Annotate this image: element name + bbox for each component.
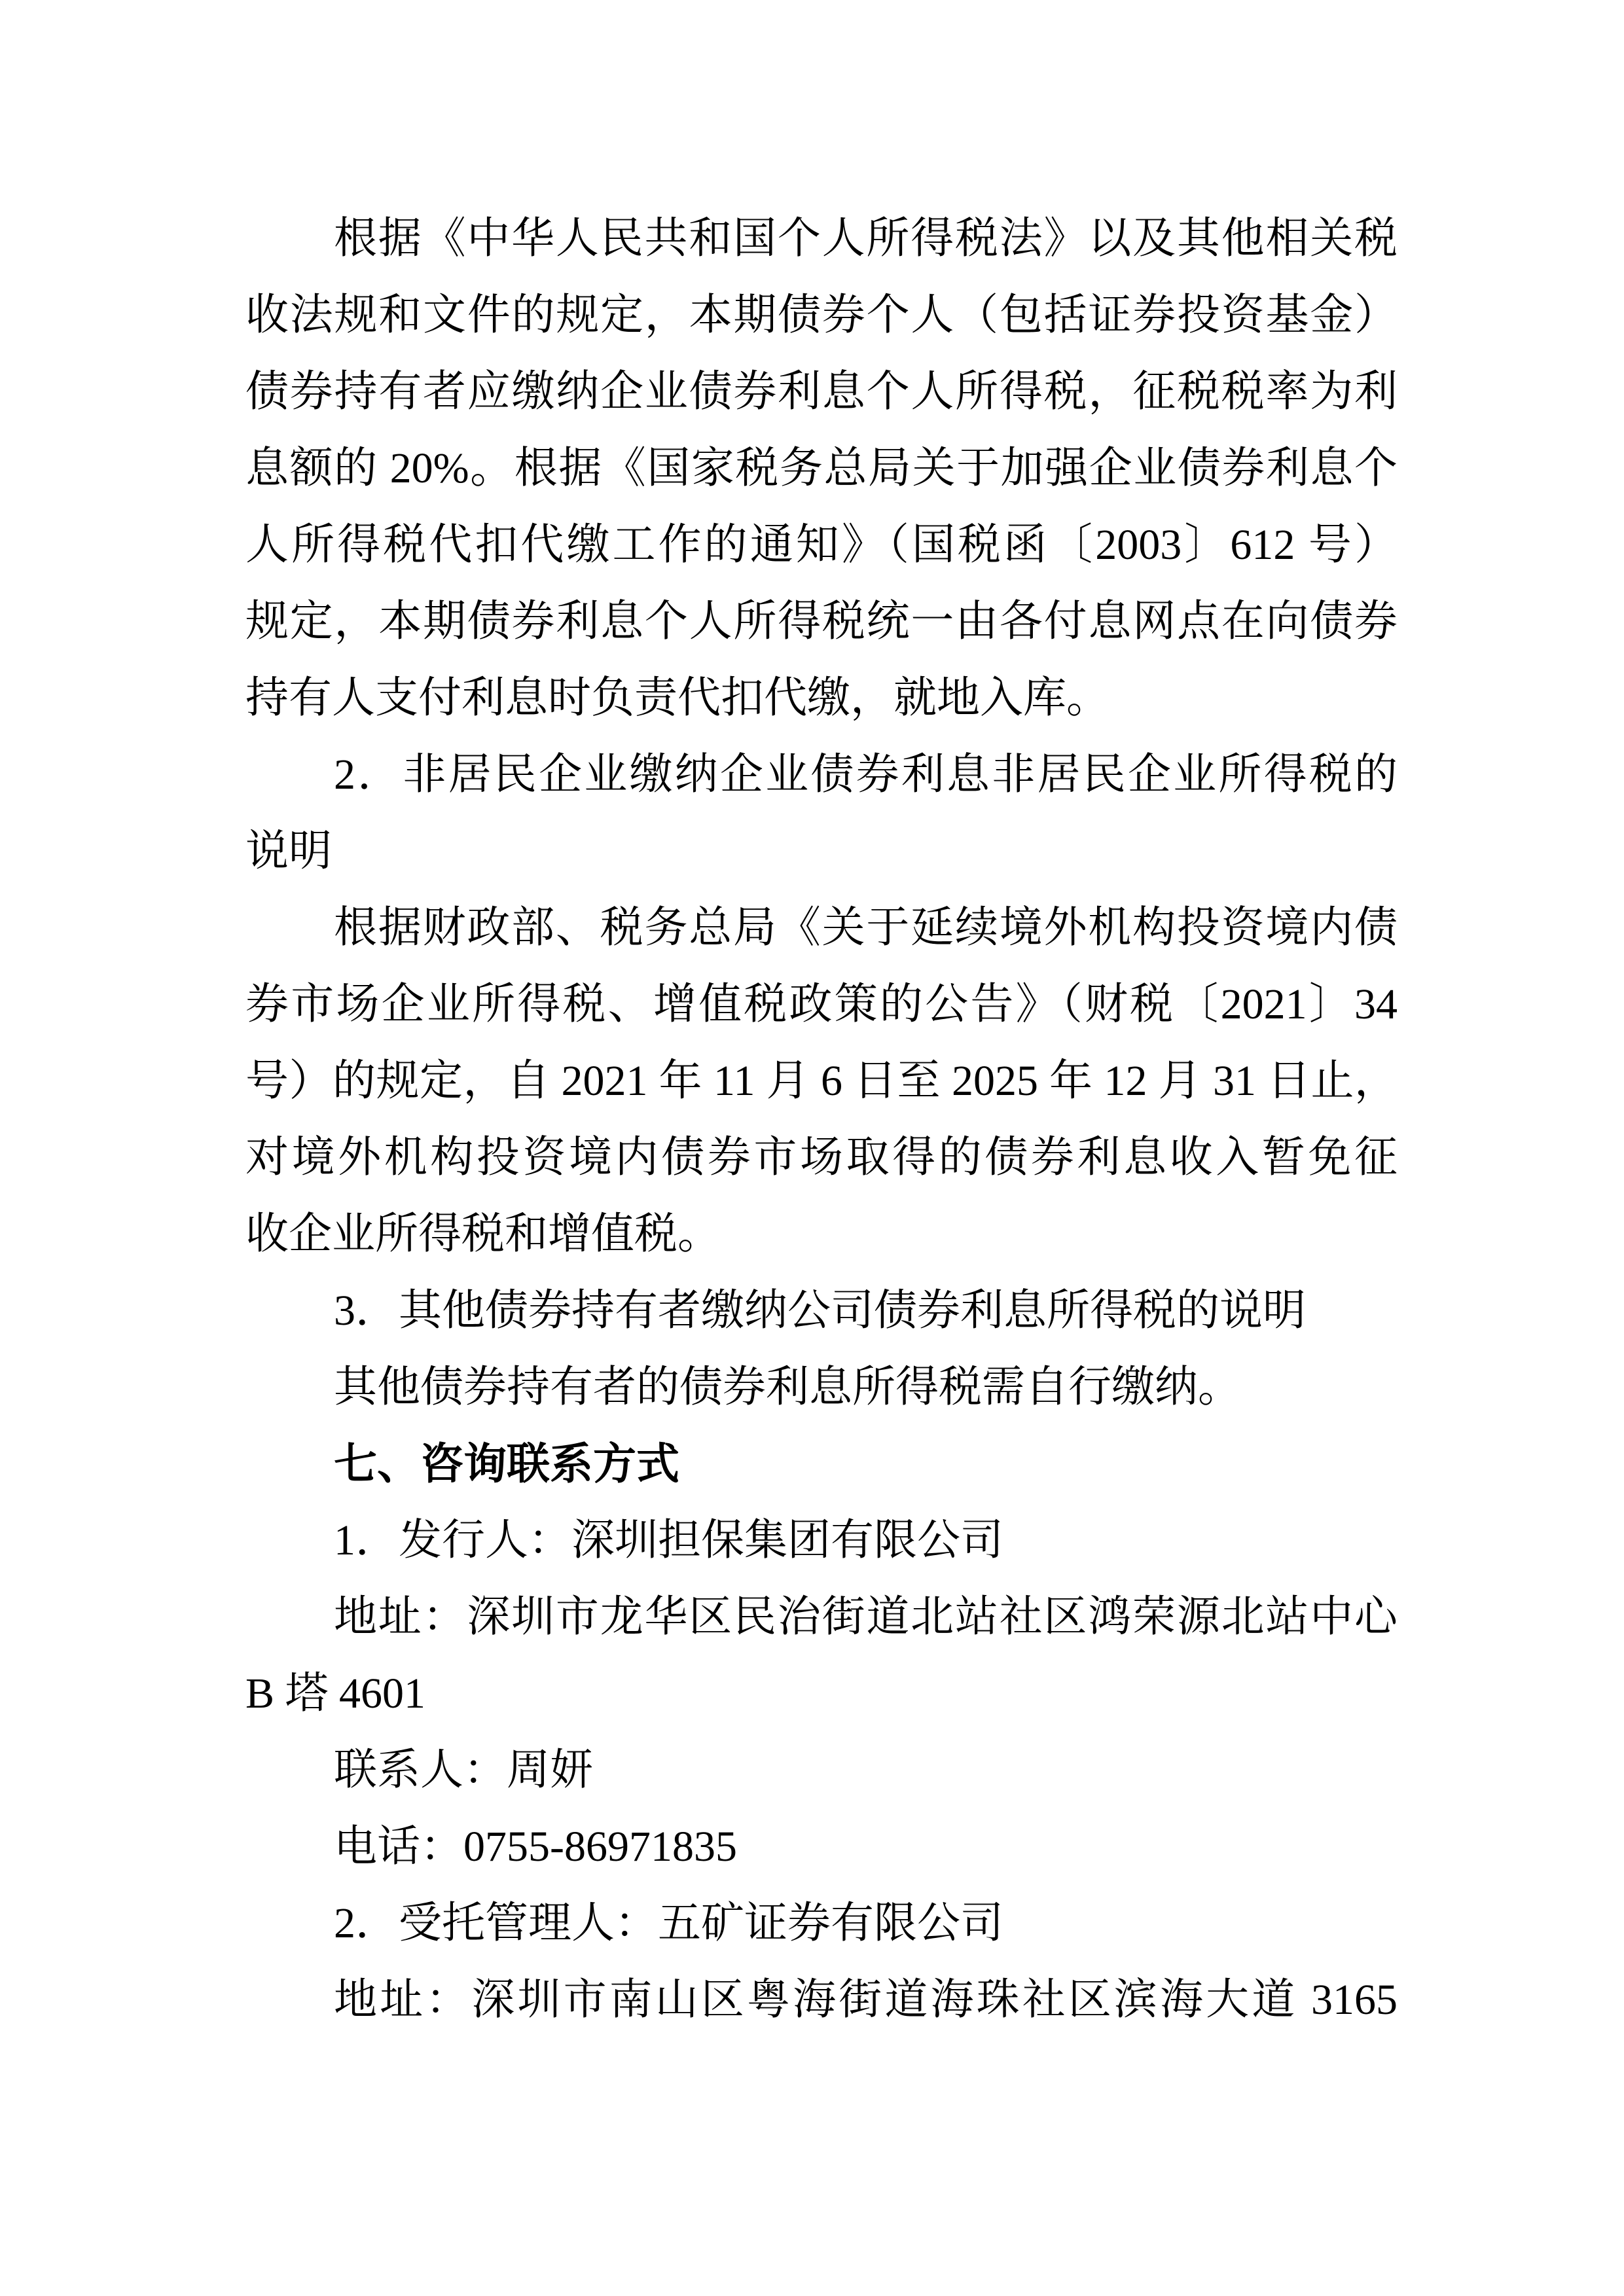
- text-line: B 塔 4601: [245, 1655, 1398, 1732]
- text-line: 3．其他债券持有者缴纳公司债券利息所得税的说明: [245, 1272, 1398, 1349]
- document-text-block: 根据《中华人民共和国个人所得税法》以及其他相关税收法规和文件的规定，本期债券个人…: [245, 200, 1398, 2038]
- text-line: 说明: [245, 813, 1398, 889]
- text-line: 联系人：周妍: [245, 1732, 1398, 1808]
- text-line: 收法规和文件的规定，本期债券个人（包括证券投资基金）: [245, 277, 1398, 353]
- text-line: 规定，本期债券利息个人所得税统一由各付息网点在向债券: [245, 583, 1398, 660]
- text-line: 2．非居民企业缴纳企业债券利息非居民企业所得税的: [245, 736, 1398, 813]
- text-line: 2．受托管理人：五矿证券有限公司: [245, 1885, 1398, 1962]
- text-line: 号）的规定，自 2021 年 11 月 6 日至 2025 年 12 月 31 …: [245, 1043, 1398, 1119]
- text-line: 根据《中华人民共和国个人所得税法》以及其他相关税: [245, 200, 1398, 277]
- text-line: 人所得税代扣代缴工作的通知》（国税函〔2003〕612 号）: [245, 507, 1398, 583]
- document-page: 根据《中华人民共和国个人所得税法》以及其他相关税收法规和文件的规定，本期债券个人…: [0, 0, 1624, 2296]
- text-line: 息额的 20%。根据《国家税务总局关于加强企业债券利息个: [245, 430, 1398, 507]
- text-line: 1．发行人：深圳担保集团有限公司: [245, 1502, 1398, 1579]
- text-line: 持有人支付利息时负责代扣代缴，就地入库。: [245, 660, 1398, 736]
- text-line: 电话：0755-86971835: [245, 1808, 1398, 1885]
- text-line: 根据财政部、税务总局《关于延续境外机构投资境内债: [245, 889, 1398, 966]
- text-line: 地址：深圳市龙华区民治街道北站社区鸿荣源北站中心: [245, 1579, 1398, 1655]
- text-line: 券市场企业所得税、增值税政策的公告》（财税〔2021〕34: [245, 966, 1398, 1043]
- section-heading: 七、咨询联系方式: [245, 1426, 1398, 1502]
- text-line: 收企业所得税和增值税。: [245, 1196, 1398, 1272]
- text-line: 对境外机构投资境内债券市场取得的债券利息收入暂免征: [245, 1119, 1398, 1196]
- text-line: 地址：深圳市南山区粤海街道海珠社区滨海大道 3165: [245, 1962, 1398, 2038]
- text-line: 其他债券持有者的债券利息所得税需自行缴纳。: [245, 1349, 1398, 1426]
- text-line: 债券持有者应缴纳企业债券利息个人所得税，征税税率为利: [245, 353, 1398, 430]
